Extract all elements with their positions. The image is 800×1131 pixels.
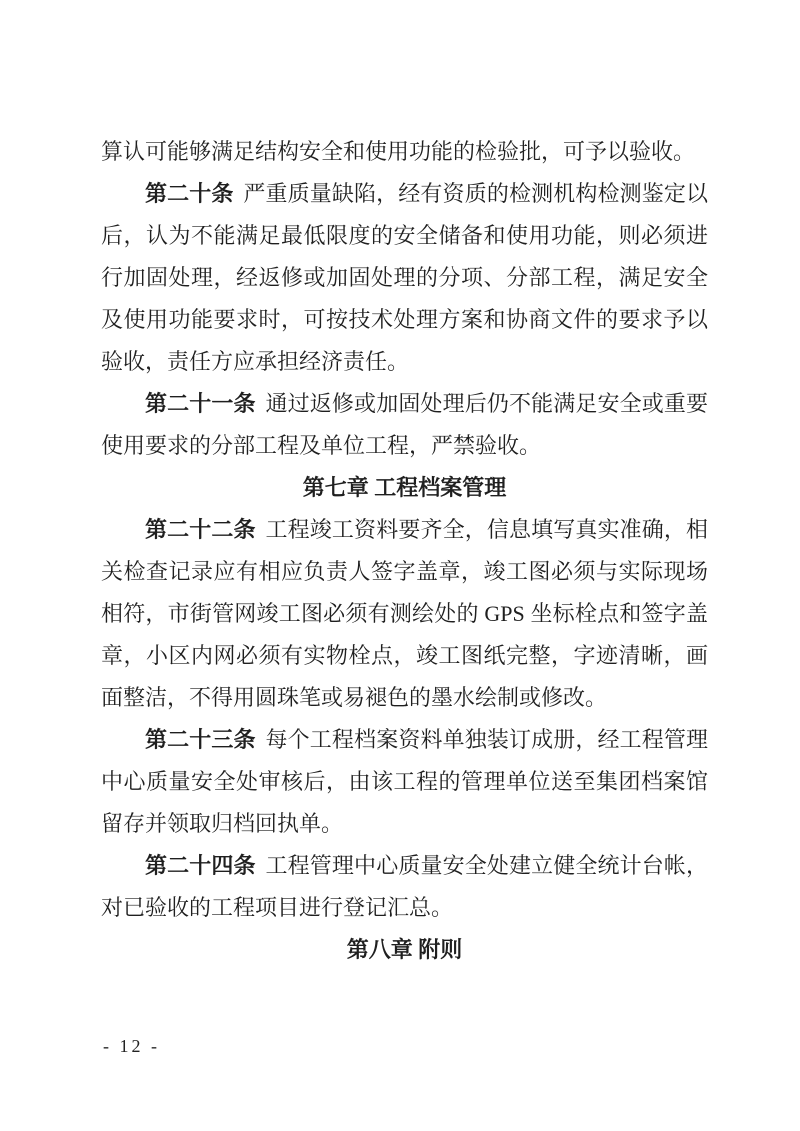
document-body: 算认可能够满足结构安全和使用功能的检验批，可予以验收。 第二十条严重质量缺陷，经… — [101, 131, 708, 971]
paragraph-continuation: 算认可能够满足结构安全和使用功能的检验批，可予以验收。 — [101, 131, 708, 173]
paragraph-article-20: 第二十条严重质量缺陷，经有资质的检测机构检测鉴定以后，认为不能满足最低限度的安全… — [101, 173, 708, 383]
page-number: - 12 - — [103, 1032, 160, 1060]
chapter-heading-7: 第七章 工程档案管理 — [101, 467, 708, 509]
article-text: 严重质量缺陷，经有资质的检测机构检测鉴定以后，认为不能满足最低限度的安全储备和使… — [101, 181, 708, 374]
article-text: 工程竣工资料要齐全，信息填写真实准确，相关检查记录应有相应负责人签字盖章，竣工图… — [101, 517, 708, 710]
article-number: 第二十三条 — [145, 727, 256, 752]
document-page: 算认可能够满足结构安全和使用功能的检验批，可予以验收。 第二十条严重质量缺陷，经… — [0, 0, 800, 1131]
article-number: 第二十一条 — [145, 391, 256, 416]
paragraph-text: 算认可能够满足结构安全和使用功能的检验批，可予以验收。 — [101, 139, 695, 164]
article-number: 第二十二条 — [145, 517, 256, 542]
paragraph-article-21: 第二十一条通过返修或加固处理后仍不能满足安全或重要使用要求的分部工程及单位工程，… — [101, 383, 708, 467]
chapter-heading-8: 第八章 附则 — [101, 929, 708, 971]
article-number: 第二十条 — [145, 181, 234, 206]
article-number: 第二十四条 — [145, 853, 256, 878]
paragraph-article-24: 第二十四条工程管理中心质量安全处建立健全统计台帐，对已验收的工程项目进行登记汇总… — [101, 845, 708, 929]
paragraph-article-22: 第二十二条工程竣工资料要齐全，信息填写真实准确，相关检查记录应有相应负责人签字盖… — [101, 509, 708, 719]
paragraph-article-23: 第二十三条每个工程档案资料单独装订成册，经工程管理中心质量安全处审核后，由该工程… — [101, 719, 708, 845]
